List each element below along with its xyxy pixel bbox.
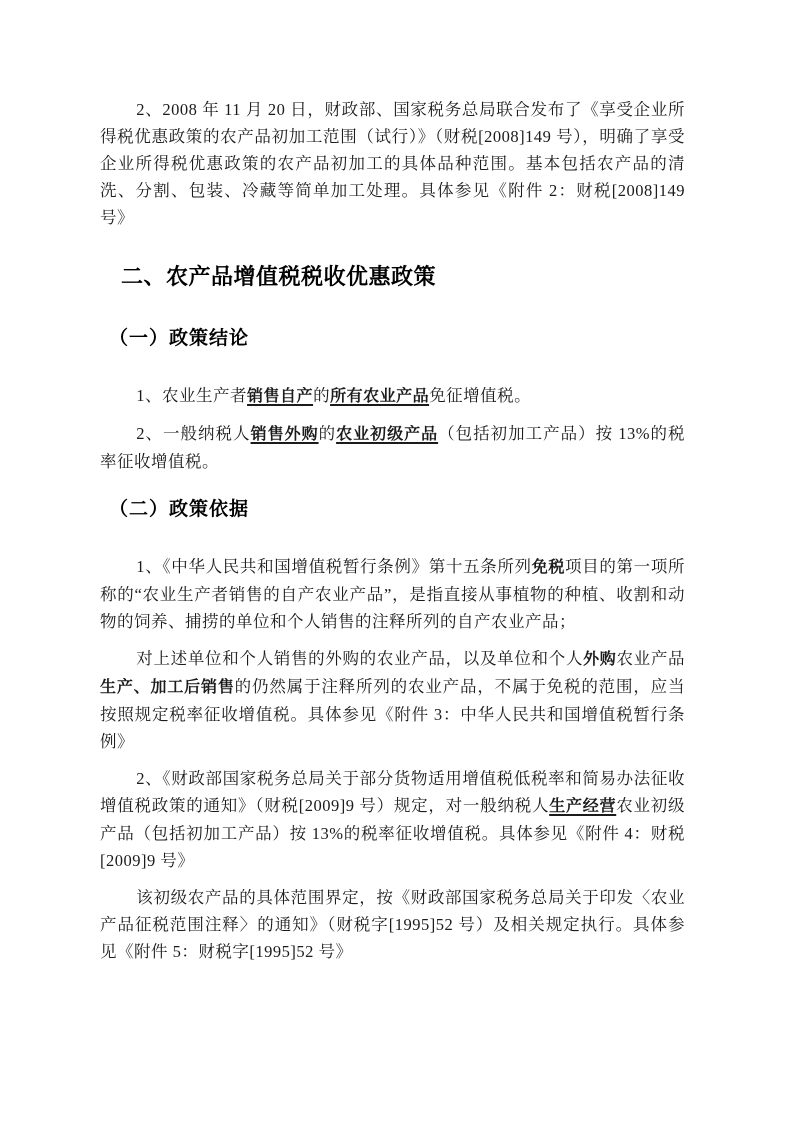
policy-conclusion-item-2: 2、一般纳税人销售外购的农业初级产品（包括初加工产品）按 13%的税率征收增值税… <box>100 420 685 475</box>
basis2-mid: 农业产品 <box>616 649 685 668</box>
basis4-text: 该初级农产品的具体范围界定，按《财政部国家税务总局关于印发〈农业产品征税范围注释… <box>100 888 685 961</box>
item1-emphasis-2: 所有农业产品 <box>330 388 429 405</box>
basis3-emphasis: 生产经营 <box>549 798 616 815</box>
intro-paragraph: 2、2008 年 11 月 20 日，财政部、国家税务总局联合发布了《享受企业所… <box>100 96 685 231</box>
policy-basis-paragraph-3: 2、《财政部国家税务总局关于部分货物适用增值税低税率和简易办法征收增值税政策的通… <box>100 765 685 874</box>
document-page: 2、2008 年 11 月 20 日，财政部、国家税务总局联合发布了《享受企业所… <box>0 0 800 1132</box>
item1-prefix: 1、农业生产者 <box>136 386 247 405</box>
subsection2-heading-text: （二）政策依据 <box>109 499 249 520</box>
document-content: 2、2008 年 11 月 20 日，财政部、国家税务总局联合发布了《享受企业所… <box>100 0 685 975</box>
basis1-bold: 免税 <box>532 559 565 576</box>
policy-basis-paragraph-1: 1、《中华人民共和国增值税暂行条例》第十五条所列免税项目的第一项所称的“农业生产… <box>100 553 685 635</box>
policy-conclusion-item-1: 1、农业生产者销售自产的所有农业产品免征增值税。 <box>100 382 685 410</box>
item2-mid: 的 <box>319 424 337 443</box>
intro-paragraph-text: 2、2008 年 11 月 20 日，财政部、国家税务总局联合发布了《享受企业所… <box>100 100 685 227</box>
policy-basis-paragraph-4: 该初级农产品的具体范围界定，按《财政部国家税务总局关于印发〈农业产品征税范围注释… <box>100 884 685 965</box>
item1-mid: 的 <box>313 386 330 405</box>
policy-basis-paragraph-2: 对上述单位和个人销售的外购的农业产品，以及单位和个人外购农业产品生产、加工后销售… <box>100 645 685 755</box>
basis2-prefix: 对上述单位和个人销售的外购的农业产品，以及单位和个人 <box>136 649 583 668</box>
subsection1-heading-text: （一）政策结论 <box>109 328 249 349</box>
item1-emphasis-1: 销售自产 <box>247 388 313 405</box>
section-heading-text: 二、农产品增值税税收优惠政策 <box>121 264 436 289</box>
basis2-bold-2: 生产、加工后销售 <box>100 679 235 696</box>
basis1-prefix: 1、《中华人民共和国增值税暂行条例》第十五条所列 <box>136 557 531 576</box>
item2-emphasis-2: 农业初级产品 <box>336 426 438 443</box>
section-heading: 二、农产品增值税税收优惠政策 <box>121 262 685 292</box>
subsection1-heading: （一）政策结论 <box>109 326 685 352</box>
item1-suffix: 免征增值税。 <box>429 386 531 405</box>
basis2-bold-1: 外购 <box>583 651 616 668</box>
subsection2-heading: （二）政策依据 <box>109 497 685 523</box>
item2-emphasis-1: 销售外购 <box>251 426 319 443</box>
item2-prefix: 2、一般纳税人 <box>136 424 250 443</box>
